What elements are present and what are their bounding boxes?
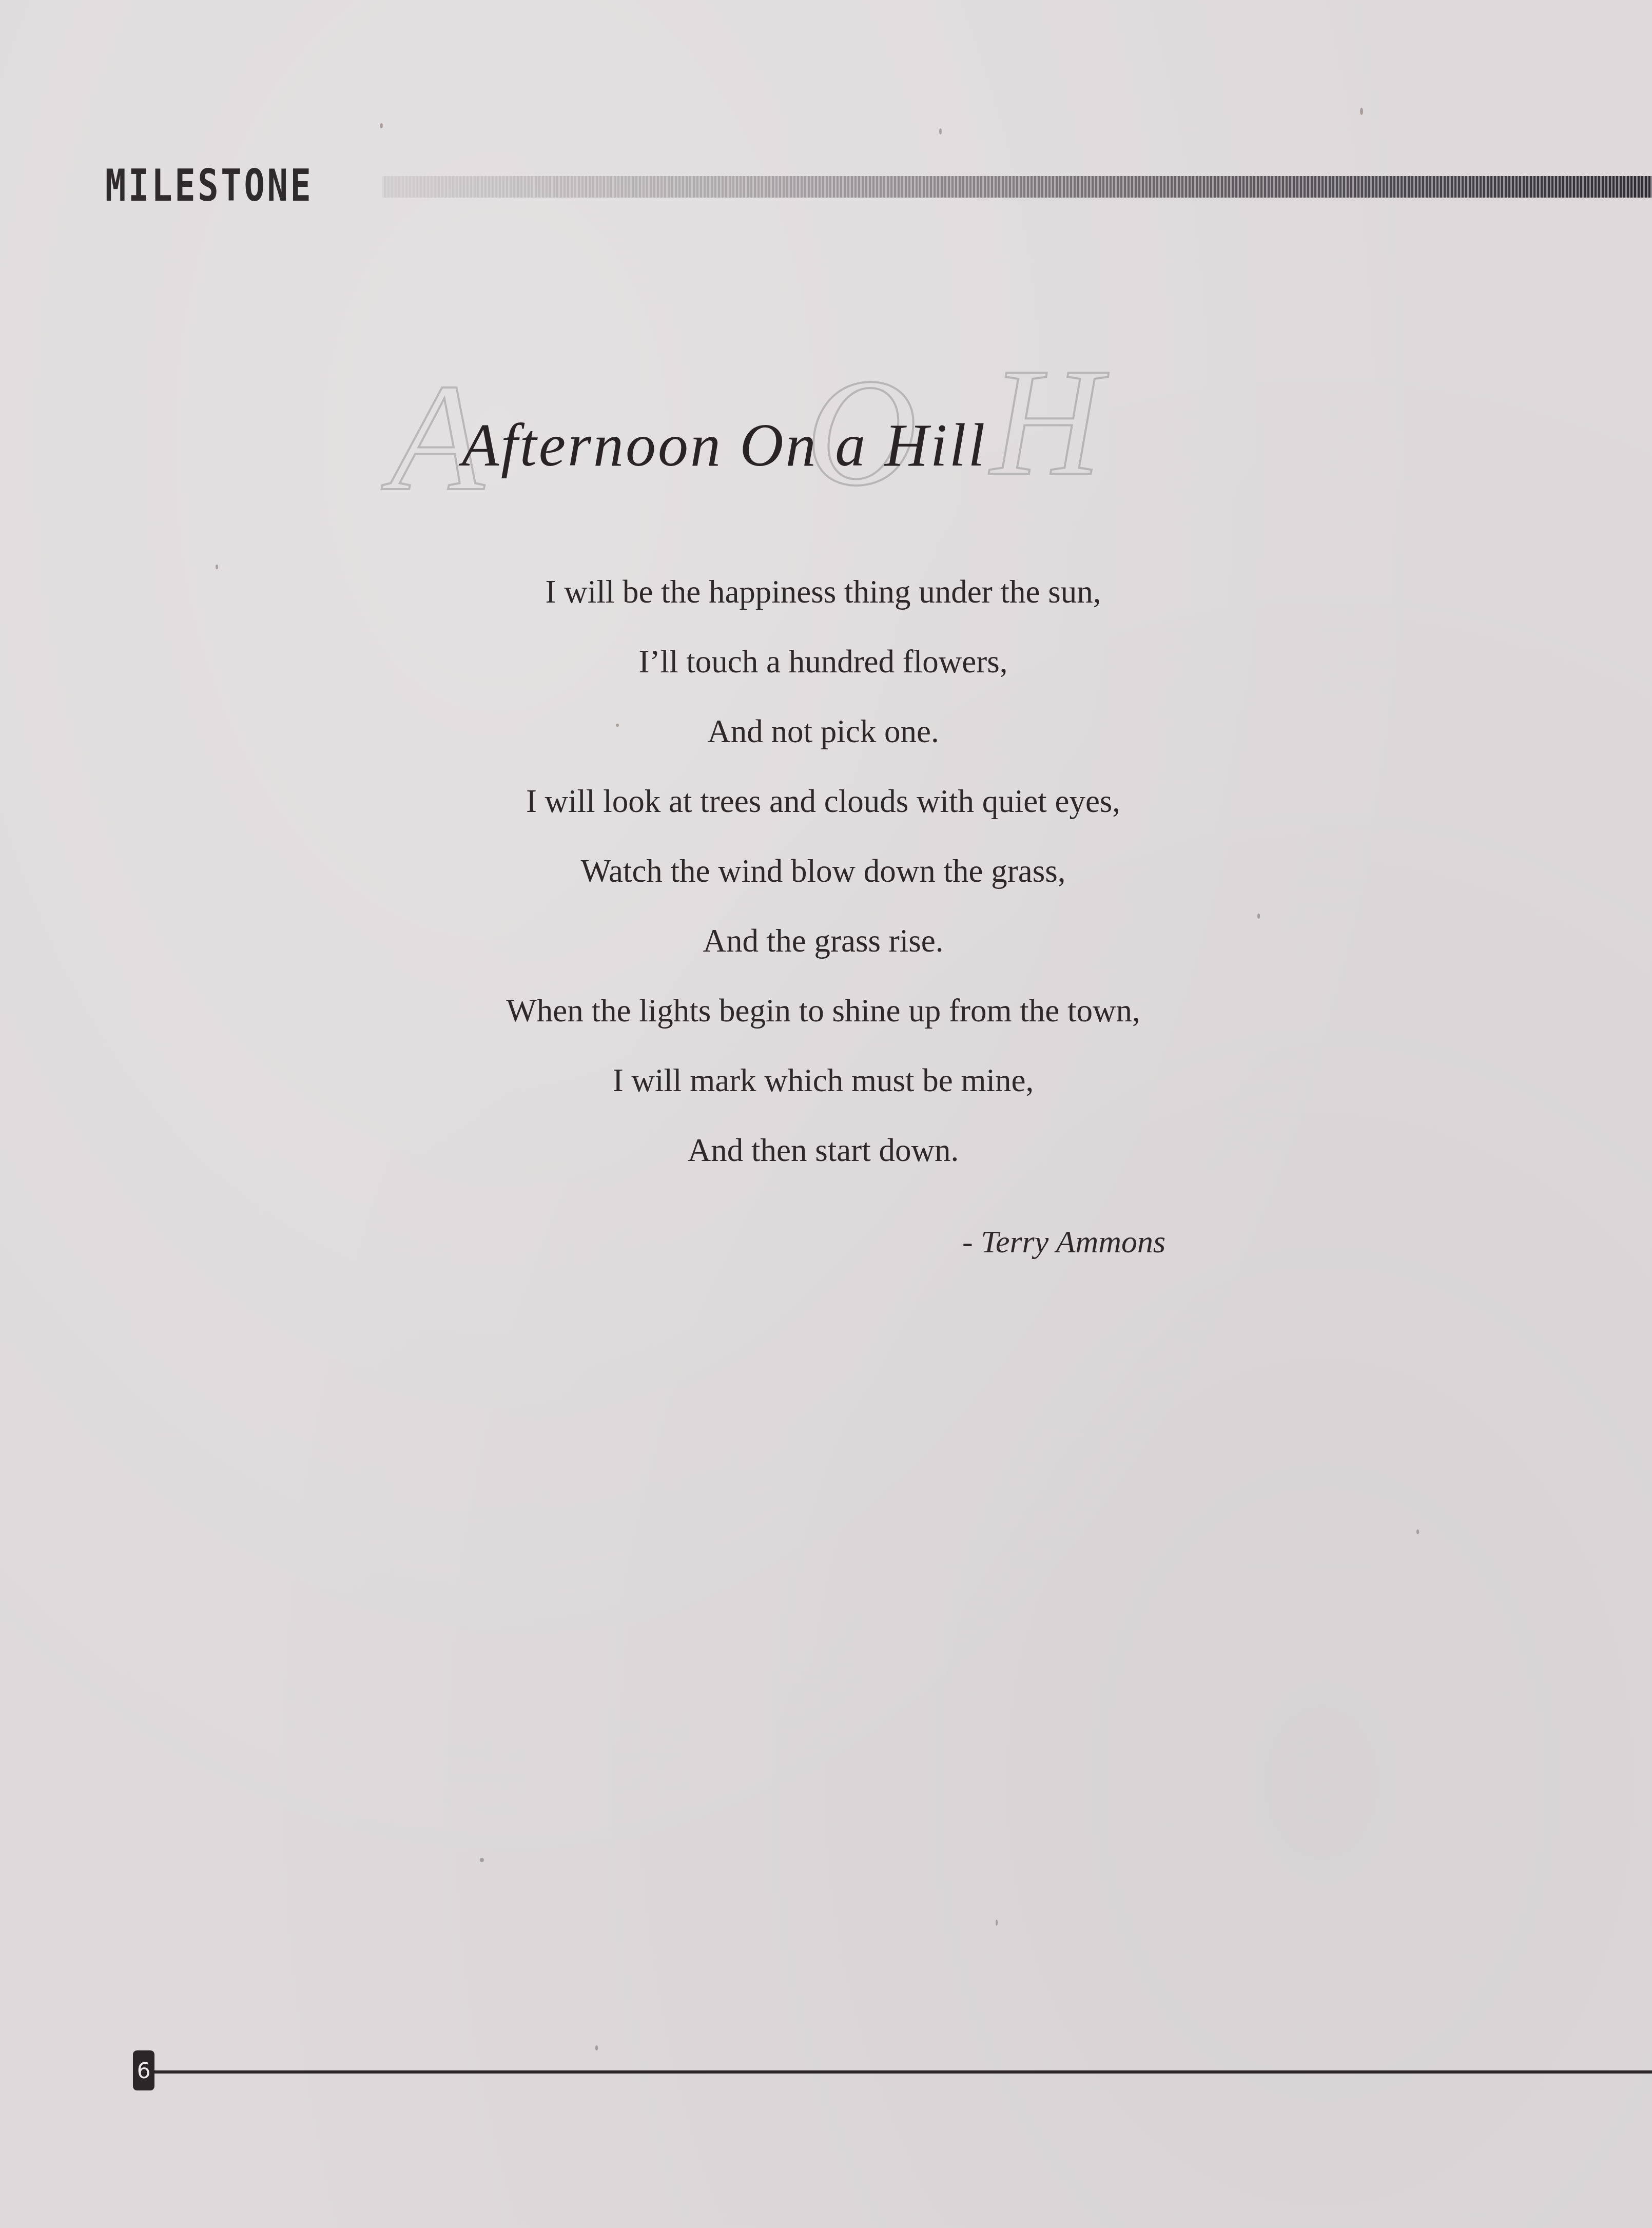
footer-rule [154, 2070, 1652, 2074]
poem-line: And the grass rise. [0, 906, 1652, 976]
page-number-badge: 6 [133, 2050, 154, 2090]
poem-line: And not pick one. [0, 696, 1652, 766]
poem-title: Afternoon On a Hill [462, 411, 987, 480]
poem-body: I will be the happiness thing under the … [0, 557, 1652, 1185]
paper-speck [1257, 914, 1260, 919]
poem-author: - Terry Ammons [962, 1224, 1165, 1261]
poem-line: I will look at trees and clouds with qui… [0, 766, 1652, 836]
poem-line: When the lights begin to shine up from t… [0, 976, 1652, 1045]
paper-speck [1416, 1529, 1419, 1534]
header-gradient-bar [382, 176, 1652, 198]
poem-line: I will be the happiness thing under the … [0, 557, 1652, 627]
paper-speck [939, 128, 942, 134]
poem-line: And then start down. [0, 1115, 1652, 1185]
poem-line: I will mark which must be mine, [0, 1045, 1652, 1115]
paper-speck [595, 2045, 598, 2050]
paper-speck [996, 1920, 998, 1926]
poem-line: Watch the wind blow down the grass, [0, 836, 1652, 906]
paper-speck [216, 565, 218, 569]
paper-speck [1360, 108, 1363, 115]
section-title: MILESTONE [105, 160, 314, 211]
page-number: 6 [137, 2058, 151, 2083]
title-ghost-initial-h: H [990, 334, 1102, 511]
paper-speck [480, 1858, 484, 1862]
poem-line: I’ll touch a hundred flowers, [0, 627, 1652, 696]
paper-speck [616, 724, 619, 727]
poem-title-block: A O H Afternoon On a Hill [390, 380, 1160, 503]
paper-speck [380, 123, 383, 128]
